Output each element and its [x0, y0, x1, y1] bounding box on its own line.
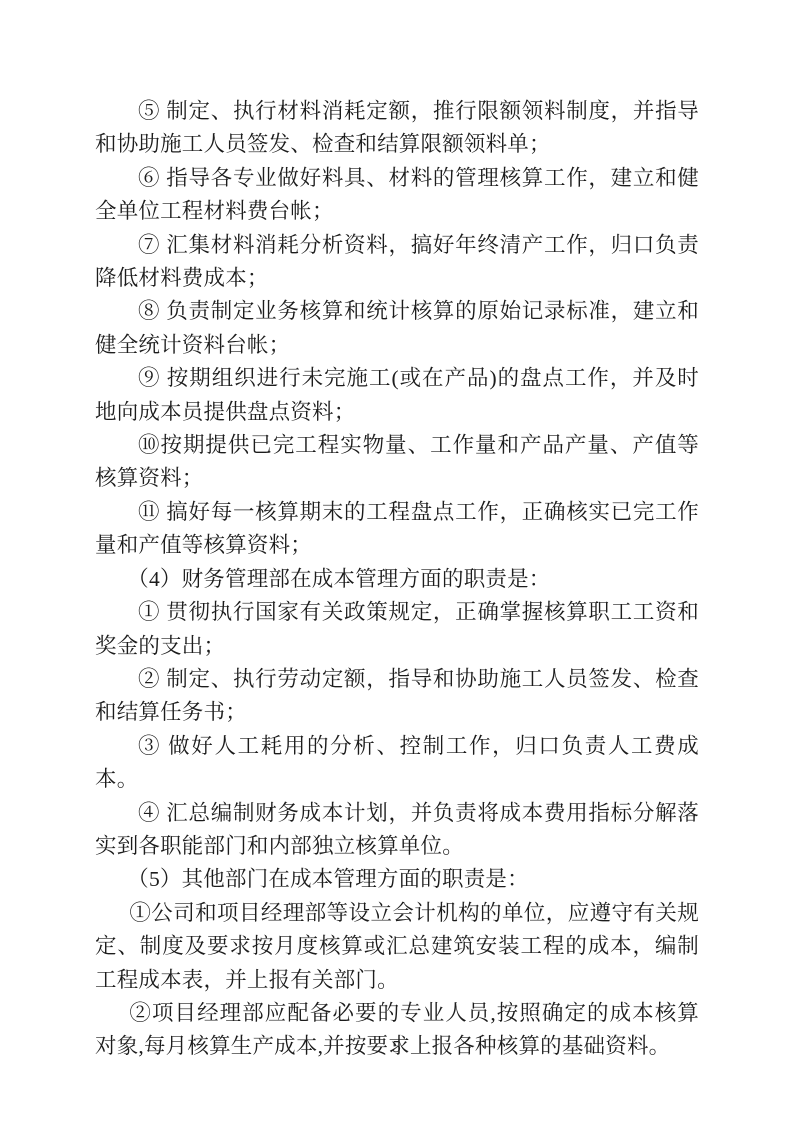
paragraph-item-4: ④ 汇总编制财务成本计划，并负责将成本费用指标分解落实到各职能部门和内部独立核算…: [95, 797, 699, 864]
paragraph-item-10: ⑩按期提供已完工程实物量、工作量和产品产量、产值等核算资料；: [95, 429, 699, 496]
paragraph-heading-4: （4）财务管理部在成本管理方面的职责是：: [95, 563, 699, 596]
paragraph-item-1: ① 贯彻执行国家有关政策规定，正确掌握核算职工工资和奖金的支出；: [95, 596, 699, 663]
paragraph-sub-item-1: ①公司和项目经理部等设立会计机构的单位，应遵守有关规定、制度及要求按月度核算或汇…: [95, 897, 699, 997]
page-footer: 5: [0, 1036, 793, 1058]
paragraph-item-2: ② 制定、执行劳动定额，指导和协助施工人员签发、检查和结算任务书；: [95, 663, 699, 730]
paragraph-item-5: ⑤ 制定、执行材料消耗定额，推行限额领料制度，并指导和协助施工人员签发、检查和结…: [95, 95, 699, 162]
paragraph-item-6: ⑥ 指导各专业做好料具、材料的管理核算工作，建立和健全单位工程材料费台帐；: [95, 162, 699, 229]
paragraph-item-9: ⑨ 按期组织进行未完施工(或在产品)的盘点工作，并及时地向成本员提供盘点资料；: [95, 362, 699, 429]
paragraph-heading-5: （5）其他部门在成本管理方面的职责是：: [95, 863, 699, 896]
document-body: ⑤ 制定、执行材料消耗定额，推行限额领料制度，并指导和协助施工人员签发、检查和结…: [95, 95, 699, 1064]
paragraph-item-11: ⑪ 搞好每一核算期末的工程盘点工作，正确核实已完工作量和产值等核算资料；: [95, 496, 699, 563]
paragraph-item-3: ③ 做好人工耗用的分析、控制工作，归口负责人工费成本。: [95, 730, 699, 797]
paragraph-item-7: ⑦ 汇集材料消耗分析资料，搞好年终清产工作，归口负责降低材料费成本；: [95, 229, 699, 296]
paragraph-item-8: ⑧ 负责制定业务核算和统计核算的原始记录标准，建立和健全统计资料台帐；: [95, 295, 699, 362]
document-page: ⑤ 制定、执行材料消耗定额，推行限额领料制度，并指导和协助施工人员签发、检查和结…: [0, 0, 793, 1122]
page-number: 5: [392, 1037, 401, 1056]
